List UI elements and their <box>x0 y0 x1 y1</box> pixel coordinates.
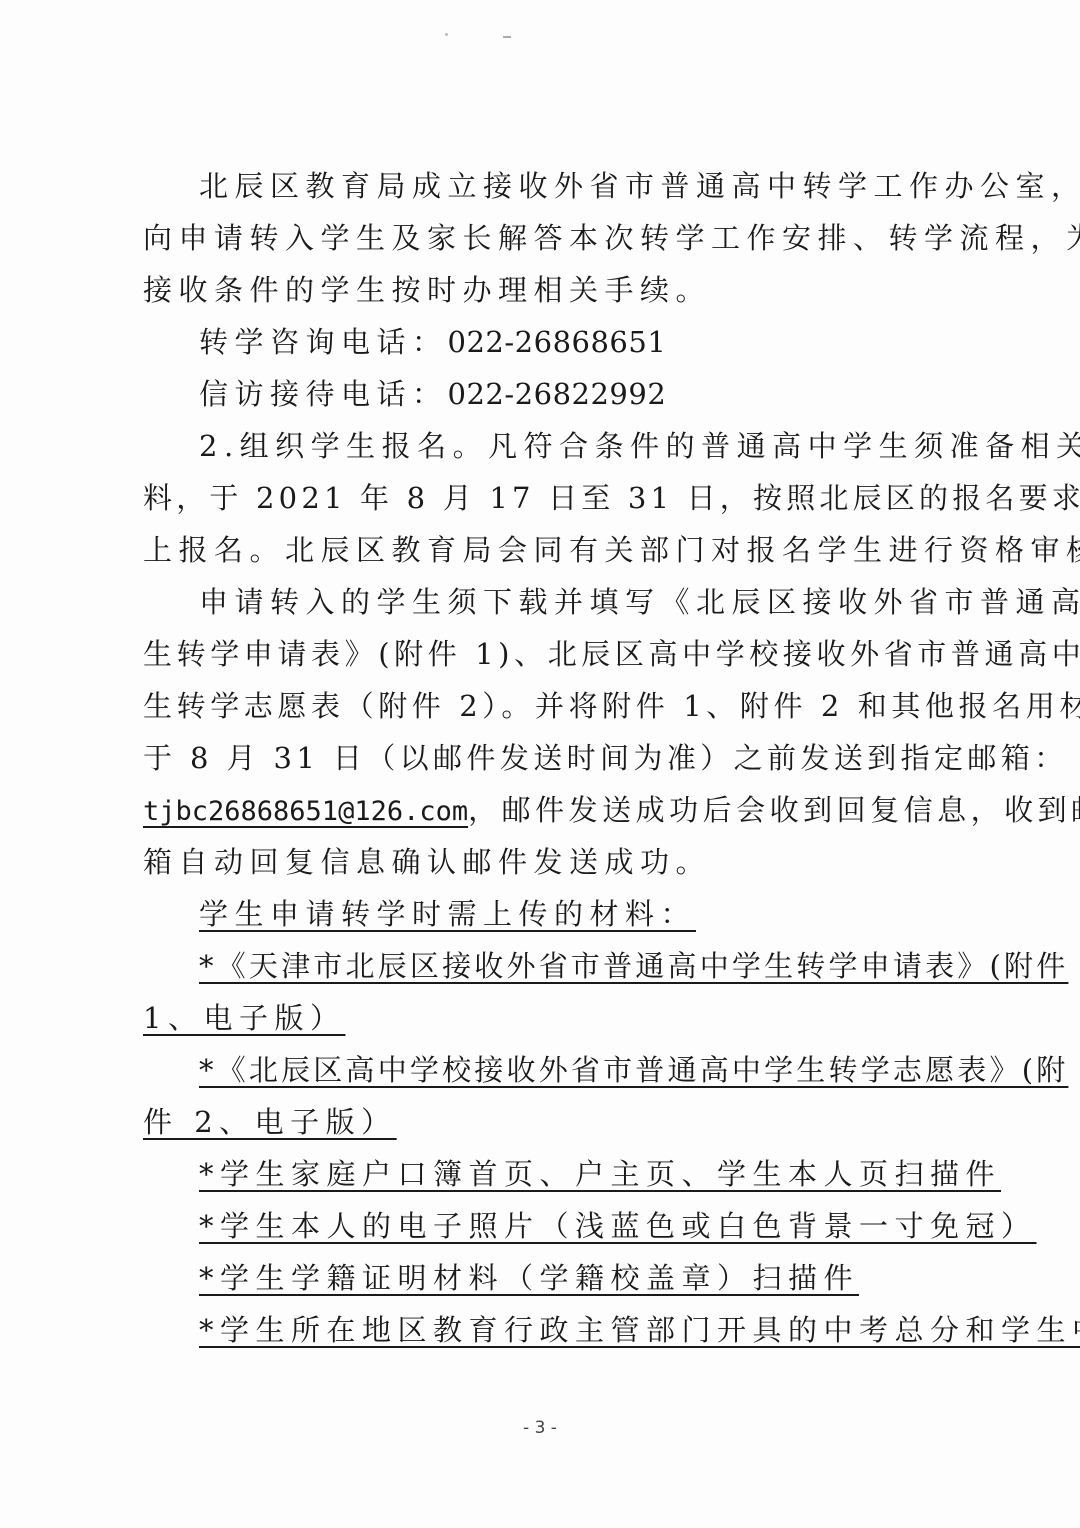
petition-phone-number: 022-26822992 <box>448 377 667 411</box>
material-item-cont: 1、电子版） <box>143 992 938 1044</box>
scan-artifact <box>503 36 511 38</box>
document-page: 北辰区教育局成立接收外省市普通高中转学工作办公室，负责 向申请转入学生及家长解答… <box>0 0 1080 1528</box>
petition-phone-label: 信访接待电话： <box>199 377 448 411</box>
paragraph-line: 生转学申请表》(附件 1)、北辰区高中学校接收外省市普通高中学 <box>143 628 938 680</box>
paragraph-line: 申请转入的学生须下载并填写《北辰区接收外省市普通高中学 <box>143 576 938 628</box>
email-link[interactable]: tjbc26868651@126.com <box>143 796 468 827</box>
material-item: *学生所在地区教育行政主管部门开具的中考总分和学生中考 <box>143 1304 938 1356</box>
paragraph-line: 生转学志愿表（附件 2）。并将附件 1、附件 2 和其他报名用材料 <box>143 680 938 732</box>
paragraph-line: 接收条件的学生按时办理相关手续。 <box>143 264 938 316</box>
material-item: *学生家庭户口簿首页、户主页、学生本人页扫描件 <box>143 1148 938 1200</box>
materials-heading: 学生申请转学时需上传的材料： <box>143 888 938 940</box>
material-item-cont: 件 2、电子版） <box>143 1096 938 1148</box>
paragraph-line: 箱自动回复信息确认邮件发送成功。 <box>143 836 938 888</box>
paragraph-line: 料，于 2021 年 8 月 17 日至 31 日，按照北辰区的报名要求进行网 <box>143 472 938 524</box>
email-suffix: ，邮件发送成功后会收到回复信息，收到邮 <box>468 793 1080 827</box>
document-body: 北辰区教育局成立接收外省市普通高中转学工作办公室，负责 向申请转入学生及家长解答… <box>143 160 938 1356</box>
petition-phone-line: 信访接待电话：022-26822992 <box>143 368 938 420</box>
consult-phone-line: 转学咨询电话：022-26868651 <box>143 316 938 368</box>
paragraph-line: 2.组织学生报名。凡符合条件的普通高中学生须准备相关材 <box>143 420 938 472</box>
paragraph-line: 北辰区教育局成立接收外省市普通高中转学工作办公室，负责 <box>143 160 938 212</box>
email-line: tjbc26868651@126.com，邮件发送成功后会收到回复信息，收到邮 <box>143 784 938 836</box>
consult-phone-number: 022-26868651 <box>448 325 667 359</box>
paragraph-line: 向申请转入学生及家长解答本次转学工作安排、转学流程，为符合 <box>143 212 938 264</box>
paragraph-line: 上报名。北辰区教育局会同有关部门对报名学生进行资格审核。 <box>143 524 938 576</box>
material-item: *《天津市北辰区接收外省市普通高中学生转学申请表》(附件 <box>143 940 938 992</box>
paragraph-line: 于 8 月 31 日（以邮件发送时间为准）之前发送到指定邮箱： <box>143 732 938 784</box>
consult-phone-label: 转学咨询电话： <box>199 325 448 359</box>
material-item: *《北辰区高中学校接收外省市普通高中学生转学志愿表》(附 <box>143 1044 938 1096</box>
material-item: *学生本人的电子照片（浅蓝色或白色背景一寸免冠） <box>143 1200 938 1252</box>
page-number: - 3 - <box>0 1418 1080 1438</box>
material-item: *学生学籍证明材料（学籍校盖章）扫描件 <box>143 1252 938 1304</box>
scan-artifact <box>445 33 448 36</box>
